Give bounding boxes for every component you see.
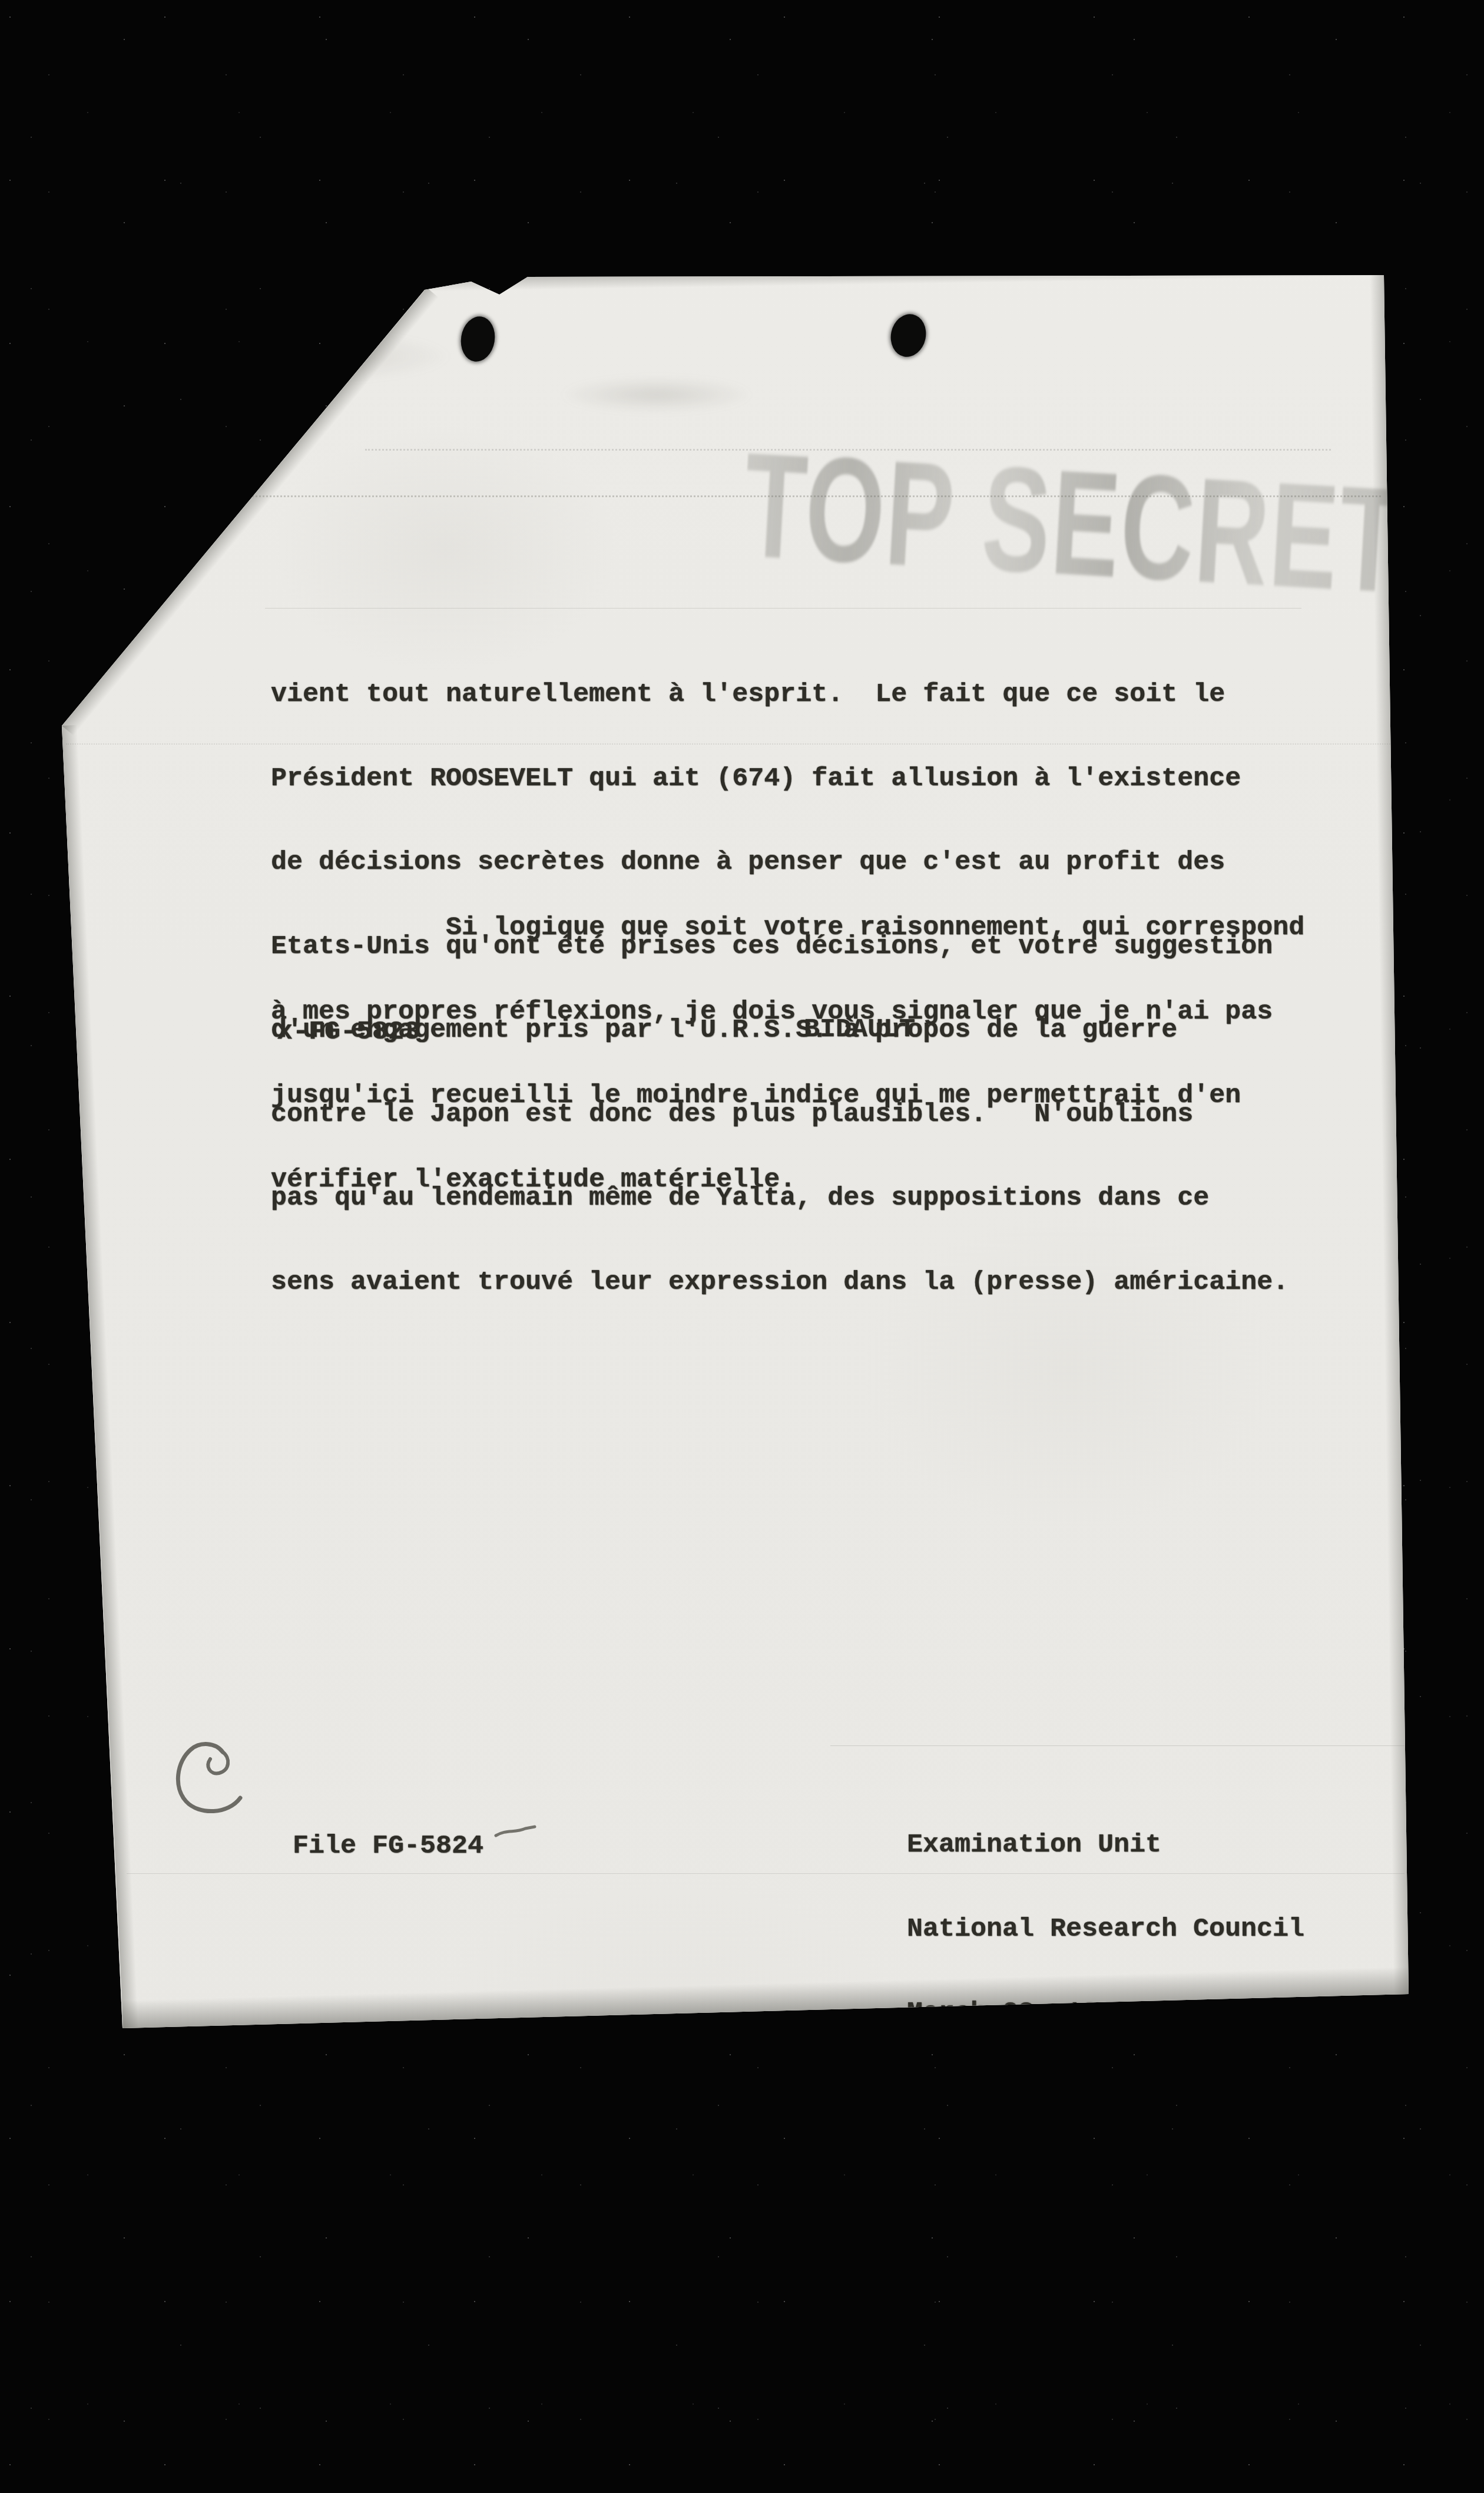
- typed-line: sens avaient trouvé leur expression dans…: [271, 1268, 1288, 1297]
- handwritten-tick: [493, 1824, 541, 1841]
- handwritten-c-mark: [166, 1739, 254, 1821]
- punch-hole-right: [887, 311, 930, 361]
- footer-organization: National Research Council: [907, 1915, 1304, 1943]
- typed-line: jusqu'ici recueilli le moindre indice qu…: [271, 1082, 1304, 1110]
- typed-line: Si logique que soit votre raisonnement, …: [271, 914, 1304, 942]
- scan-artifact-line: [830, 1745, 1404, 1746]
- scanned-document-screenshot: { "document": { "classification_stamp": …: [0, 0, 1484, 2493]
- typed-line: Président ROOSEVELT qui ait (674) fait a…: [271, 765, 1288, 793]
- top-secret-stamp: TOP SECRET: [740, 419, 1407, 627]
- body-paragraph-2: Si logique que soit votre raisonnement, …: [271, 858, 1304, 1249]
- punch-hole-left: [458, 314, 498, 364]
- typed-line: à mes propres réflexions, je dois vous s…: [271, 998, 1304, 1026]
- typed-line: vérifier l'exactitude matérielle.: [271, 1166, 1304, 1194]
- ink-smudge: [559, 377, 754, 412]
- footer-unit: Examination Unit: [907, 1831, 1304, 1859]
- typed-line: vient tout naturellement à l'esprit. Le …: [271, 680, 1288, 709]
- file-number: File FG-5824: [293, 1832, 483, 1860]
- reference-number: x-FG-5823: [277, 1018, 420, 1046]
- author-name: BIDAULT: [804, 1016, 915, 1044]
